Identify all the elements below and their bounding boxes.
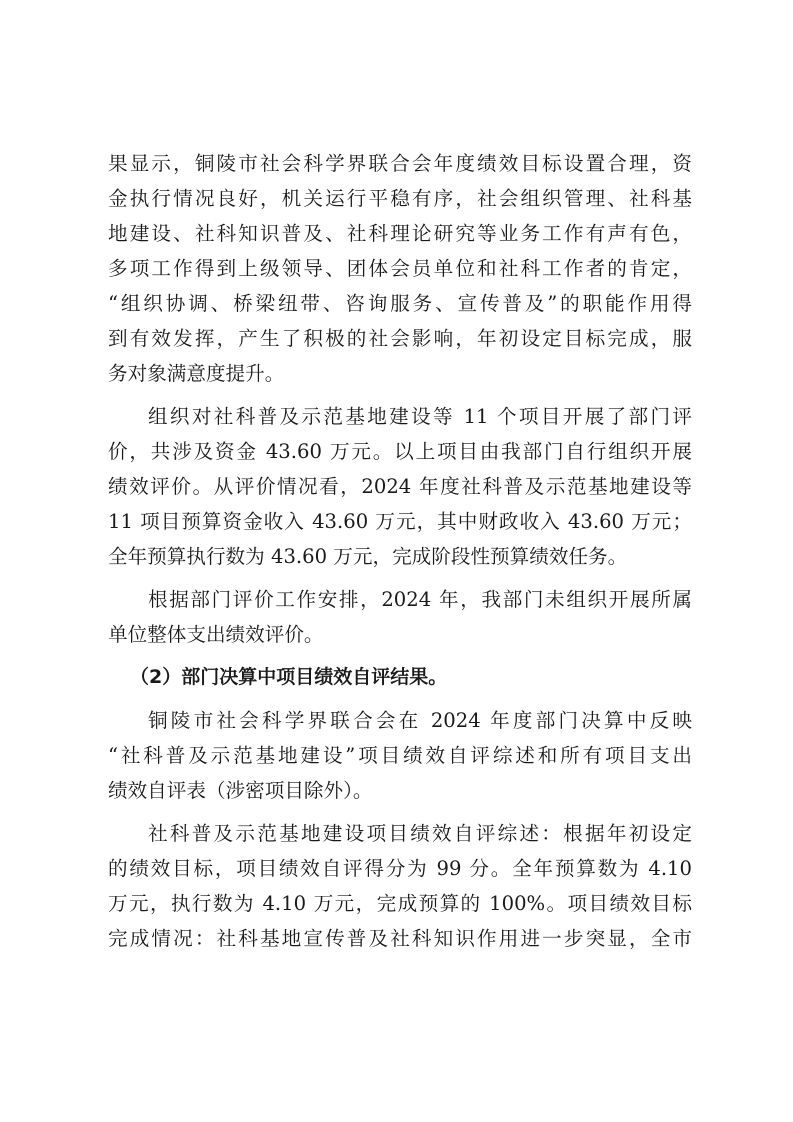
paragraph-line: 全年预算执行数为 43.60 万元，完成阶段性预算绩效任务。 (108, 539, 692, 574)
paragraph-line: “组织协调、桥梁纽带、咨询服务、宣传普及”的职能作用得 (108, 286, 692, 321)
paragraph-line: 务对象满意度提升。 (108, 356, 692, 391)
paragraph-line: 绩效自评表（涉密项目除外）。 (108, 773, 692, 808)
section-heading: （2）部门决算中项目绩效自评结果。 (130, 660, 580, 695)
paragraph-line: 多项工作得到上级领导、团体会员单位和社科工作者的肯定， (108, 251, 692, 286)
paragraph-line: 到有效发挥，产生了积极的社会影响，年初设定目标完成，服 (108, 321, 692, 356)
paragraph-line: “社科普及示范基地建设”项目绩效自评综述和所有项目支出 (108, 738, 692, 773)
paragraph-line: 万元，执行数为 4.10 万元，完成预算的 100%。项目绩效目标 (108, 886, 692, 921)
paragraph-line: 绩效评价。从评价情况看，2024 年度社科普及示范基地建设等 (108, 469, 692, 504)
paragraph-line: 铜陵市社会科学界联合会在 2024 年度部门决算中反映 (148, 703, 692, 738)
paragraph-line: 金执行情况良好，机关运行平稳有序，社会组织管理、社科基 (108, 181, 692, 216)
document-page: 果显示，铜陵市社会科学界联合会年度绩效目标设置合理，资 金执行情况良好，机关运行… (0, 0, 793, 1122)
paragraph-line: 单位整体支出绩效评价。 (108, 617, 692, 652)
paragraph-line: 地建设、社科知识普及、社科理论研究等业务工作有声有色， (108, 216, 692, 251)
paragraph-line: 完成情况：社科基地宣传普及社科知识作用进一步突显，全市 (108, 921, 692, 956)
paragraph-line: 价，共涉及资金 43.60 万元。以上项目由我部门自行组织开展 (108, 434, 692, 469)
paragraph-line: 组织对社科普及示范基地建设等 11 个项目开展了部门评 (148, 399, 692, 434)
paragraph-line: 社科普及示范基地建设项目绩效自评综述：根据年初设定 (148, 816, 692, 851)
paragraph-line: 11 项目预算资金收入 43.60 万元，其中财政收入 43.60 万元； (108, 504, 692, 539)
paragraph-line: 的绩效目标，项目绩效自评得分为 99 分。全年预算数为 4.10 (108, 851, 692, 886)
paragraph-line: 根据部门评价工作安排，2024 年，我部门未组织开展所属 (148, 582, 692, 617)
paragraph-line: 果显示，铜陵市社会科学界联合会年度绩效目标设置合理，资 (108, 146, 692, 181)
